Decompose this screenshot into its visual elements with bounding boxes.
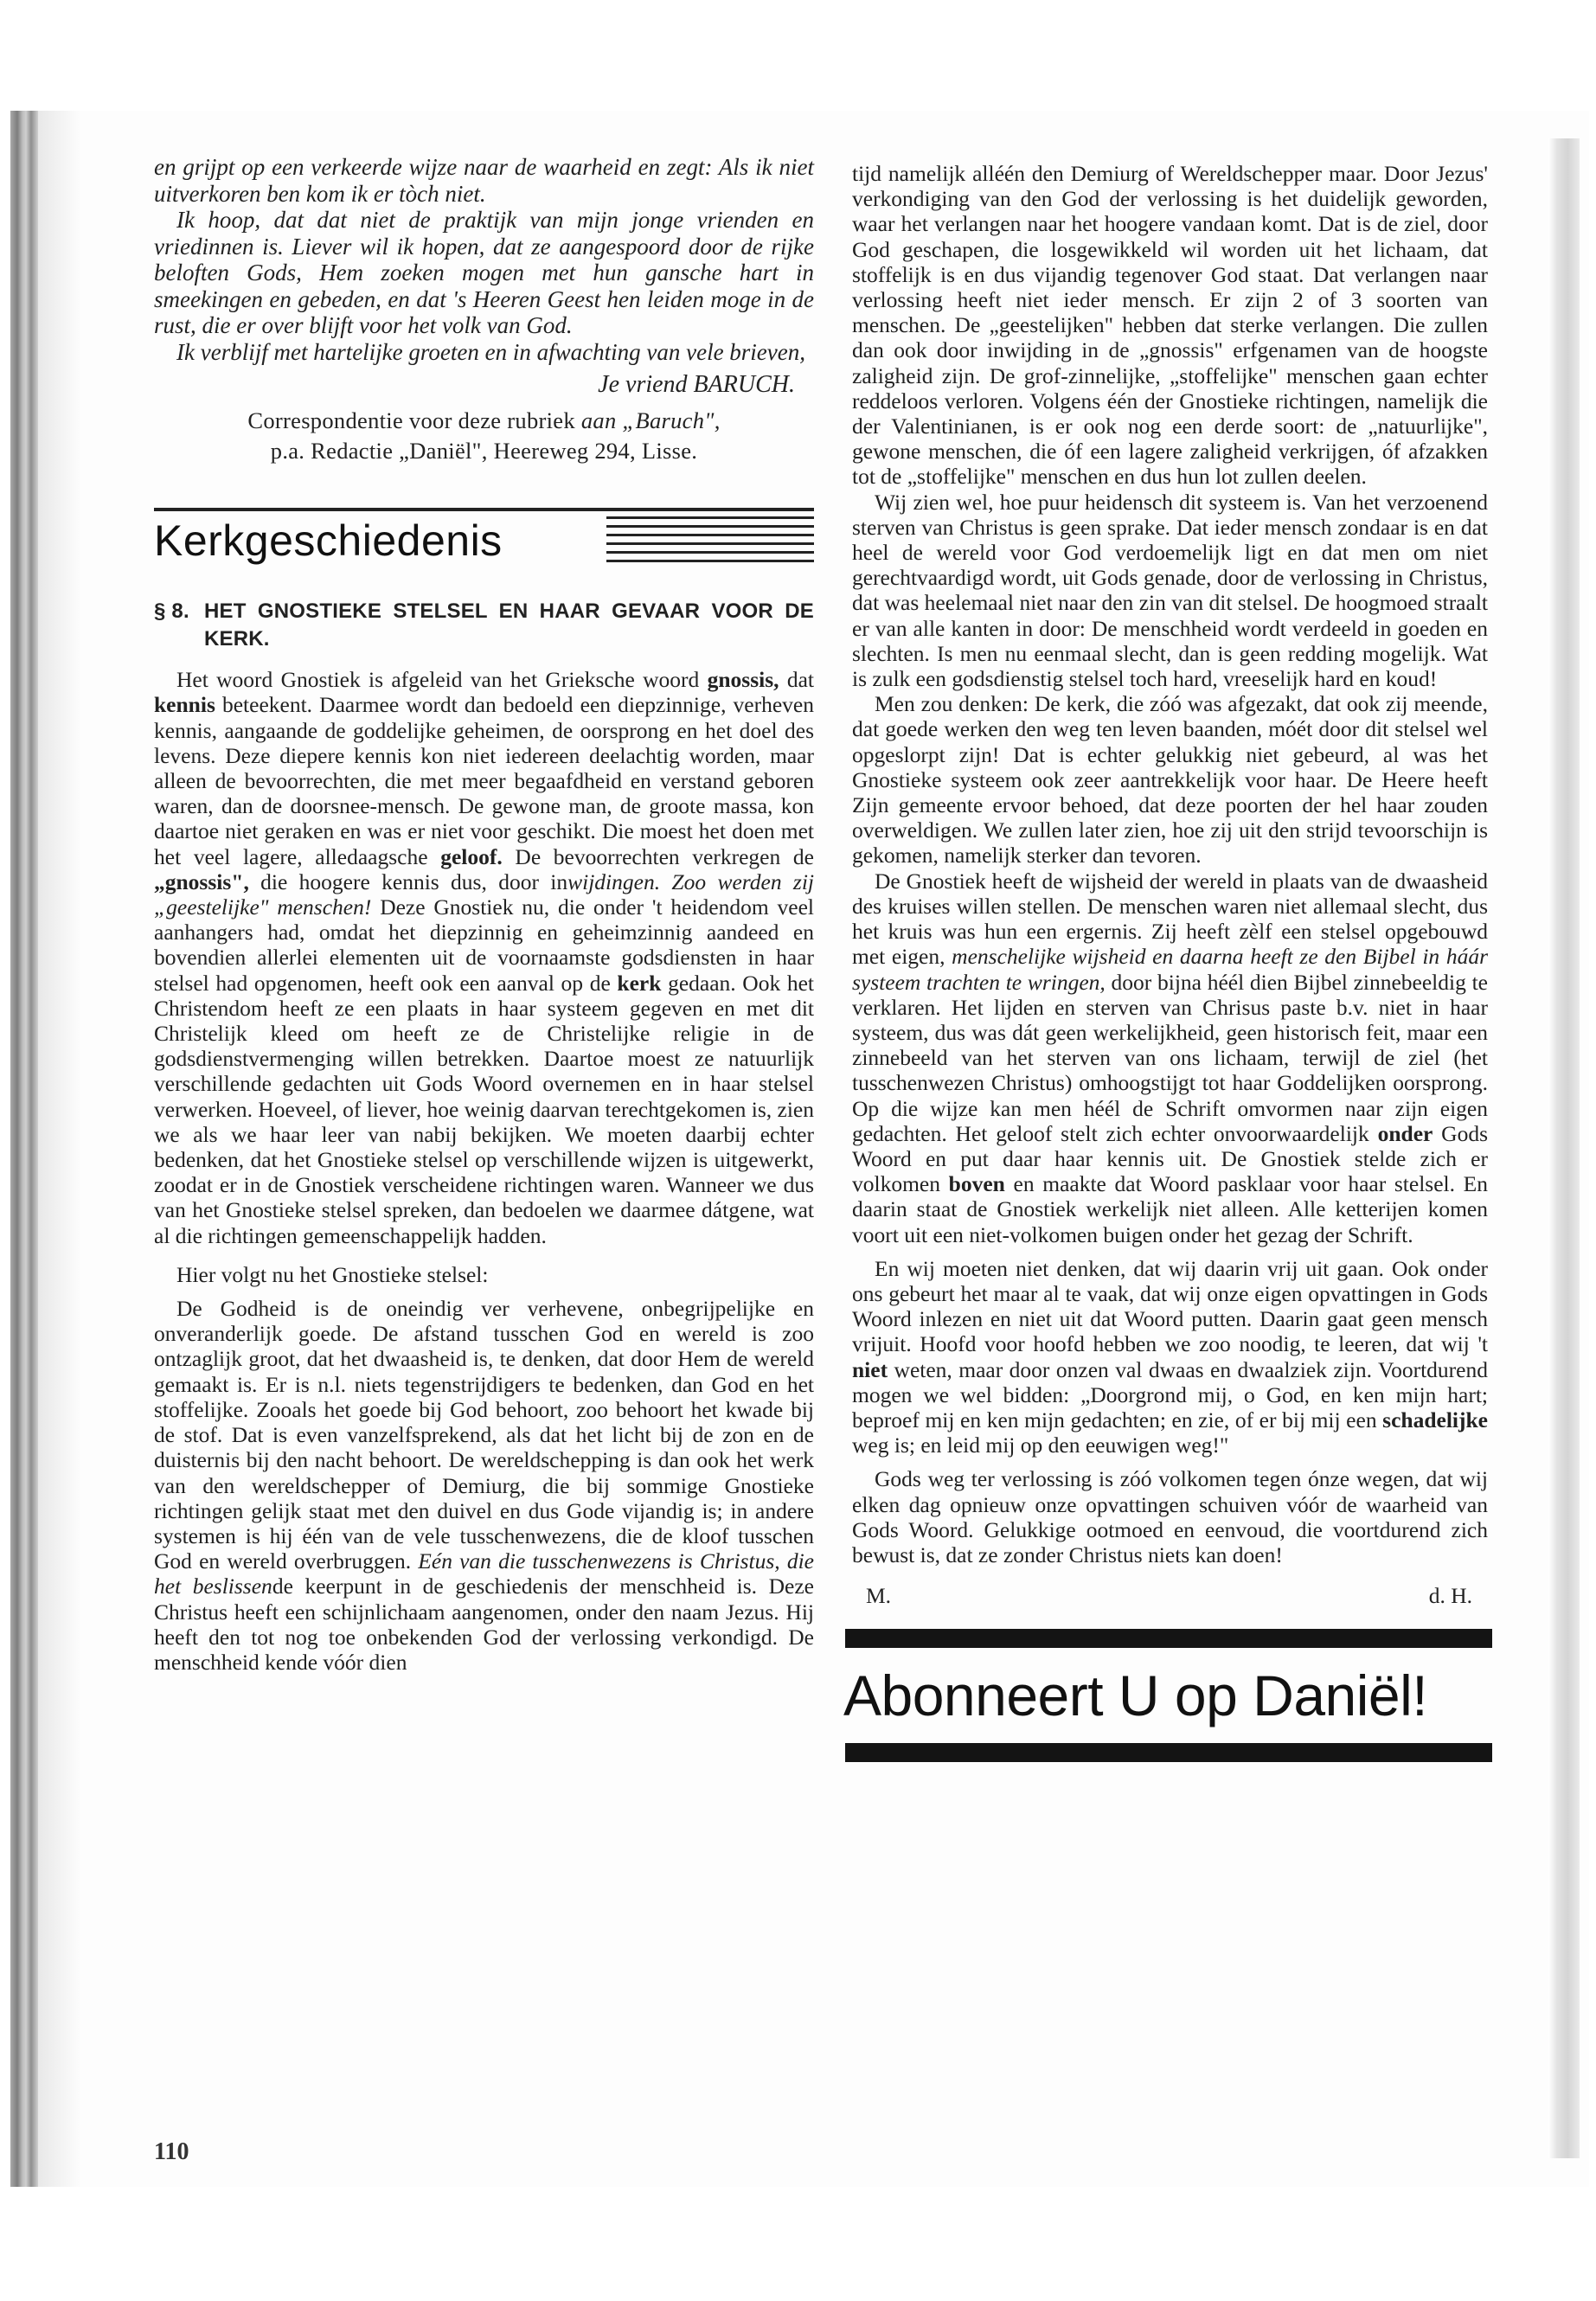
article-heading: § 8. HET GNOSTIEKE STELSEL EN HAAR GEVAA… <box>154 598 814 653</box>
body-paragraph: Hier volgt nu het Gnostieke stelsel: <box>154 1262 814 1287</box>
section-number: § 8. <box>154 598 204 653</box>
book-spine-shadow <box>10 111 38 2187</box>
page-number: 110 <box>154 2138 189 2166</box>
body-paragraph: Gods weg ter verlossing is zóó volkomen … <box>852 1466 1488 1567</box>
body-paragraph: De Godheid is de oneindig ver verhevene,… <box>154 1296 814 1675</box>
body-paragraph: En wij moeten niet denken, dat wij daari… <box>852 1256 1488 1458</box>
letter-paragraph: Ik hoop, dat dat niet de praktijk van mi… <box>154 207 814 339</box>
section-title: Kerkgeschiedenis <box>154 513 503 568</box>
body-paragraph: Wij zien wel, hoe puur heidensch dit sys… <box>852 490 1488 692</box>
letter-signature: Je vriend BARUCH. <box>154 372 814 397</box>
body-paragraph: Het woord Gnostiek is afgeleid van het G… <box>154 667 814 1248</box>
advert-bar-top <box>845 1629 1492 1648</box>
body-paragraph: Men zou denken: De kerk, die zóó was afg… <box>852 691 1488 868</box>
signature-initial-right: d. H. <box>1429 1583 1472 1608</box>
left-column: en grijpt op een verkeerde wijze naar de… <box>154 154 814 1675</box>
article-title: HET GNOSTIEKE STELSEL EN HAAR GEVAAR VOO… <box>204 598 814 653</box>
page-edge-shadow <box>1548 138 1580 2158</box>
section-header: Kerkgeschiedenis <box>154 508 814 575</box>
correspondence-note: Correspondentie voor deze rubriek aan „B… <box>154 406 814 466</box>
signature-initial-left: M. <box>866 1583 891 1608</box>
subscription-advert: Abonneert U op Daniël! <box>843 1648 1488 1743</box>
body-paragraph: tijd namelijk alléén den Demiurg of Were… <box>852 161 1488 490</box>
correspondence-line-1: Correspondentie voor deze rubriek aan „B… <box>154 406 814 436</box>
letter-paragraph: en grijpt op een verkeerde wijze naar de… <box>154 154 814 207</box>
advert-bar-bottom <box>845 1743 1492 1762</box>
spine-fade <box>38 111 81 2187</box>
letter-paragraph: Ik verblijf met hartelijke groeten en in… <box>154 339 814 366</box>
correspondence-line-2: p.a. Redactie „Daniël", Heereweg 294, Li… <box>154 436 814 466</box>
body-paragraph: De Gnostiek heeft de wijsheid der wereld… <box>852 868 1488 1247</box>
article-signature: M. d. H. <box>852 1583 1488 1608</box>
right-column: tijd namelijk alléén den Demiurg of Were… <box>852 161 1488 1762</box>
header-rules-decoration <box>606 516 814 568</box>
